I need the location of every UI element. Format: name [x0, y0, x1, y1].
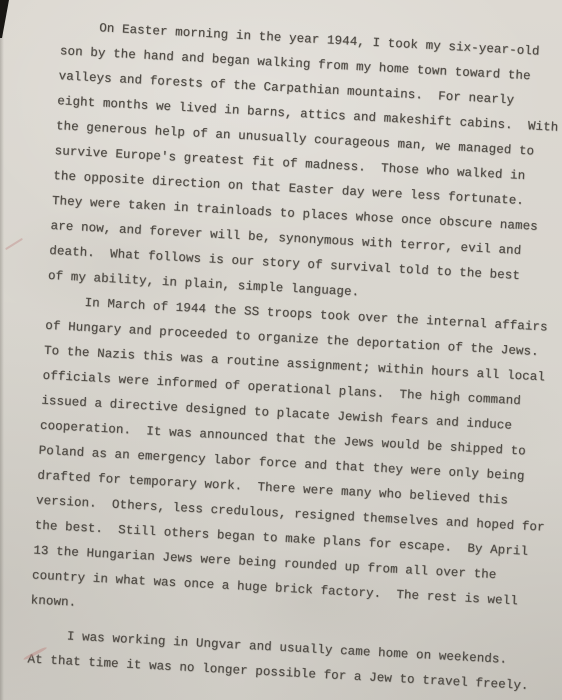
paragraph: On Easter morning in the year 1944, I to… — [5, 12, 562, 316]
scan-corner-shadow — [0, 0, 10, 38]
typewritten-text-block: On Easter morning in the year 1944, I to… — [0, 12, 562, 699]
paragraph: In March of 1944 the SS troops took over… — [0, 287, 553, 641]
scanned-document-page: On Easter morning in the year 1944, I to… — [0, 0, 562, 700]
